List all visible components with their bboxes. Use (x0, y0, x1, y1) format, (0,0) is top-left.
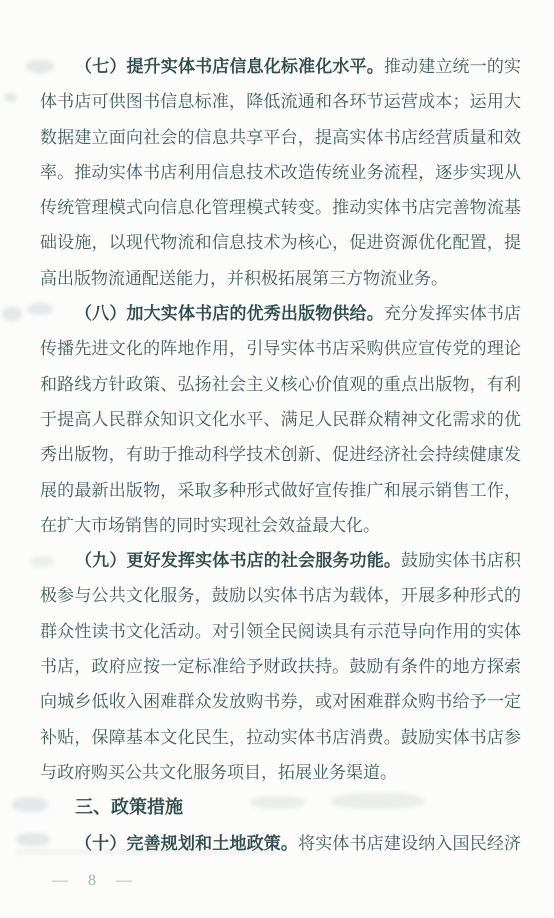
bold-lead-text: （八）加大实体书店的优秀出版物供给。 (75, 304, 384, 323)
bold-lead-text: 三、政策措施 (75, 797, 183, 817)
scan-artifact (2, 307, 22, 321)
text-line: 高出版物流通配送能力，并积极拓展第三方物流业务。 (40, 261, 521, 296)
body-text: 础设施，以现代物流和信息技术为核心，促进资源优化配置，提 (40, 233, 521, 252)
body-text: 群众性读书文化活动。对引领全民阅读具有示范导向作用的实体 (40, 622, 521, 641)
text-line: 础设施，以现代物流和信息技术为核心，促进资源优化配置，提 (40, 225, 521, 260)
body-text: 鼓励实体书店积 (401, 551, 521, 570)
body-text: 补贴，保障基本文化民生，拉动实体书店消费。鼓励实体书店参 (40, 728, 521, 747)
body-text: 率。推动实体书店利用信息技术改造传统业务流程，逐步实现从 (40, 163, 521, 182)
body-text: 极参与公共文化服务，鼓励以实体书店为载体，开展多种形式的 (40, 586, 521, 605)
section-heading: 三、政策措施 (40, 790, 521, 825)
text-line: 于提高人民群众知识文化水平、满足人民群众精神文化需求的优 (40, 402, 521, 437)
text-line: 与政府购买公共文化服务项目，拓展业务渠道。 (40, 755, 521, 790)
page-number: — 8 — (52, 866, 140, 896)
text-line: 传播先进文化的阵地作用，引导实体书店采购供应宣传党的理论 (40, 331, 521, 366)
scanned-document-page: （七）提升实体书店信息化标准化水平。推动建立统一的实体书店可供图书信息标准，降低… (0, 0, 554, 918)
body-text: 书店，政府应按一定标准给予财政扶持。鼓励有条件的地方探索 (40, 657, 521, 676)
document-lines: （七）提升实体书店信息化标准化水平。推动建立统一的实体书店可供图书信息标准，降低… (40, 49, 521, 861)
text-line: 率。推动实体书店利用信息技术改造传统业务流程，逐步实现从 (40, 155, 521, 190)
text-line: 秀出版物，有助于推动科学技术创新、促进经济社会持续健康发 (40, 437, 521, 472)
body-text: 与政府购买公共文化服务项目，拓展业务渠道。 (40, 763, 397, 782)
body-text: 展的最新出版物，采取多种形式做好宣传推广和展示销售工作， (40, 481, 521, 500)
body-text: 传播先进文化的阵地作用，引导实体书店采购供应宣传党的理论 (40, 339, 521, 358)
text-line: 向城乡低收入困难群众发放购书券，或对困难群众购书给予一定 (40, 684, 521, 719)
body-text: 传统管理模式向信息化管理模式转变。推动实体书店完善物流基 (40, 198, 521, 217)
text-line: 和路线方针政策、弘扬社会主义核心价值观的重点出版物，有利 (40, 367, 521, 402)
text-line: （十）完善规划和土地政策。将实体书店建设纳入国民经济 (40, 826, 521, 861)
body-text: 秀出版物，有助于推动科学技术创新、促进经济社会持续健康发 (40, 445, 521, 464)
body-text: 数据建立面向社会的信息共享平台，提高实体书店经营质量和效 (40, 128, 521, 147)
text-line: 书店，政府应按一定标准给予财政扶持。鼓励有条件的地方探索 (40, 649, 521, 684)
bold-lead-text: （十）完善规划和土地政策。 (75, 834, 298, 853)
bold-lead-text: （七）提升实体书店信息化标准化水平。 (75, 57, 384, 76)
text-line: 在扩大市场销售的同时实现社会效益最大化。 (40, 508, 521, 543)
text-line: 补贴，保障基本文化民生，拉动实体书店消费。鼓励实体书店参 (40, 720, 521, 755)
text-line: 极参与公共文化服务，鼓励以实体书店为载体，开展多种形式的 (40, 578, 521, 613)
body-text: 高出版物流通配送能力，并积极拓展第三方物流业务。 (40, 269, 448, 288)
text-line: 数据建立面向社会的信息共享平台，提高实体书店经营质量和效 (40, 120, 521, 155)
text-line: 体书店可供图书信息标准，降低流通和各环节运营成本；运用大 (40, 84, 521, 119)
text-line: （八）加大实体书店的优秀出版物供给。充分发挥实体书店 (40, 296, 521, 331)
body-text: 充分发挥实体书店 (384, 304, 521, 323)
text-line: 传统管理模式向信息化管理模式转变。推动实体书店完善物流基 (40, 190, 521, 225)
text-line: 展的最新出版物，采取多种形式做好宣传推广和展示销售工作， (40, 473, 521, 508)
body-text: 体书店可供图书信息标准，降低流通和各环节运营成本；运用大 (40, 92, 521, 111)
body-text: 在扩大市场销售的同时实现社会效益最大化。 (40, 516, 380, 535)
scan-artifact (4, 93, 17, 102)
text-line: 群众性读书文化活动。对引领全民阅读具有示范导向作用的实体 (40, 614, 521, 649)
body-text: 将实体书店建设纳入国民经济 (298, 834, 521, 853)
body-text: 推动建立统一的实 (384, 57, 521, 76)
text-line: （九）更好发挥实体书店的社会服务功能。鼓励实体书店积 (40, 543, 521, 578)
text-line: （七）提升实体书店信息化标准化水平。推动建立统一的实 (40, 49, 521, 84)
body-text: 和路线方针政策、弘扬社会主义核心价值观的重点出版物，有利 (40, 375, 521, 394)
body-text: 于提高人民群众知识文化水平、满足人民群众精神文化需求的优 (40, 410, 521, 429)
bold-lead-text: （九）更好发挥实体书店的社会服务功能。 (75, 551, 401, 570)
body-text: 向城乡低收入困难群众发放购书券，或对困难群众购书给予一定 (40, 692, 521, 711)
